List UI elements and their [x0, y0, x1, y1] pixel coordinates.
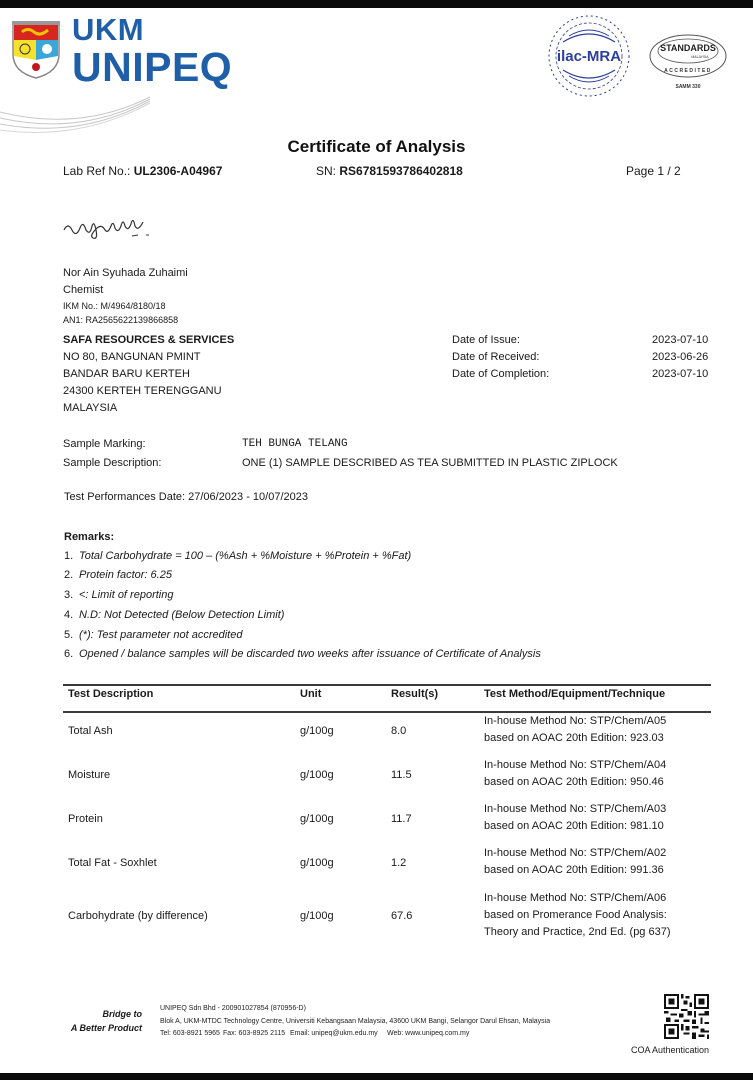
remark-item: 3.<: Limit of reporting — [64, 590, 173, 601]
lab-ref-number: Lab Ref No.: UL2306-A04967 — [63, 164, 222, 178]
cell-unit: g/100g — [300, 858, 334, 869]
cell-result: 11.5 — [391, 770, 412, 781]
serial-number: SN: RS6781593786402818 — [316, 164, 463, 178]
sample-description-value: ONE (1) SAMPLE DESCRIBED AS TEA SUBMITTE… — [242, 458, 618, 469]
cell-method: In-house Method No: STP/Chem/A04based on… — [484, 757, 666, 791]
cell-unit: g/100g — [300, 726, 334, 737]
svg-text:STANDARDS: STANDARDS — [660, 43, 716, 53]
remark-item: 1.Total Carbohydrate = 100 – (%Ash + %Mo… — [64, 551, 411, 562]
qr-code-icon[interactable] — [664, 994, 709, 1039]
date-received-label: Date of Received: — [452, 352, 539, 363]
coa-authentication-label: COA Authentication — [620, 1045, 720, 1055]
test-performance-dates: Test Performances Date: 27/06/2023 - 10/… — [64, 492, 308, 503]
client-address-line: MALAYSIA — [63, 403, 117, 414]
bottom-border-bar — [0, 1073, 753, 1080]
signature-icon — [62, 210, 162, 242]
table-top-rule — [63, 684, 711, 686]
date-completion-label: Date of Completion: — [452, 369, 549, 380]
remark-item: 2.Protein factor: 6.25 — [64, 570, 172, 581]
ilac-mra-logo-icon: ilac-MRA — [545, 12, 633, 100]
remark-item: 5.(*): Test parameter not accredited — [64, 630, 242, 641]
client-address-line: 24300 KERTEH TERENGGANU — [63, 386, 222, 397]
cell-unit: g/100g — [300, 911, 334, 922]
footer-tagline: Bridge toA Better Product — [62, 1007, 142, 1035]
cell-result: 8.0 — [391, 726, 406, 737]
footer-web: Web: www.unipeq.com.my — [387, 1030, 469, 1037]
footer-fax: Fax: 603-8925 2115 — [223, 1030, 285, 1037]
client-name: SAFA RESOURCES & SERVICES — [63, 335, 234, 346]
swoosh-decoration-icon — [0, 92, 160, 142]
cell-result: 11.7 — [391, 814, 412, 825]
header-test-method: Test Method/Equipment/Technique — [484, 689, 665, 700]
top-border-bar — [0, 0, 753, 8]
brand-ukm: UKM — [72, 14, 144, 45]
page-indicator: Page 1 / 2 — [626, 164, 681, 178]
footer-tel: Tel: 603-8921 5965 — [160, 1030, 220, 1037]
cell-test: Total Fat - Soxhlet — [68, 858, 157, 869]
svg-text:ACCREDITED: ACCREDITED — [664, 68, 712, 74]
client-address-line: NO 80, BANGUNAN PMINT — [63, 352, 201, 363]
header-results: Result(s) — [391, 689, 438, 700]
sample-description-label: Sample Description: — [63, 458, 161, 469]
footer-email: Email: unipeq@ukm.edu.my — [290, 1030, 378, 1037]
footer-company: UNIPEQ Sdn Bhd - 200901027854 (870956-D) — [160, 1005, 306, 1012]
standards-malaysia-logo-icon: STANDARDS MALAYSIA ACCREDITED — [648, 32, 728, 80]
remark-item: 4.N.D: Not Detected (Below Detection Lim… — [64, 610, 284, 621]
cell-test: Total Ash — [68, 726, 113, 737]
signatory-name: Nor Ain Syuhada Zuhaimi — [63, 268, 188, 279]
cell-test: Carbohydrate (by difference) — [68, 911, 208, 922]
footer-address: Blok A, UKM-MTDC Technology Centre, Univ… — [160, 1018, 550, 1025]
remarks-title: Remarks: — [64, 532, 114, 543]
cell-method: In-house Method No: STP/Chem/A06based on… — [484, 890, 671, 941]
cell-test: Moisture — [68, 770, 110, 781]
cell-result: 67.6 — [391, 911, 412, 922]
sample-marking-value: TEH BUNGA TELANG — [242, 439, 348, 450]
header-unit: Unit — [300, 689, 321, 700]
cell-method: In-house Method No: STP/Chem/A02based on… — [484, 845, 666, 879]
brand-unipeq: UNIPEQ — [72, 47, 232, 88]
accreditation-code: SAMM 330 — [648, 84, 728, 90]
client-address-line: BANDAR BARU KERTEH — [63, 369, 190, 380]
page-title: Certificate of Analysis — [0, 137, 753, 157]
signatory-ikm-no: IKM No.: M/4964/8180/18 — [63, 302, 166, 311]
date-issue-label: Date of Issue: — [452, 335, 520, 346]
date-completion-value: 2023-07-10 — [652, 369, 708, 380]
sample-marking-label: Sample Marking: — [63, 439, 146, 450]
signatory-an1: AN1: RA2565622139866858 — [63, 316, 178, 325]
remark-item: 6.Opened / balance samples will be disca… — [64, 649, 541, 660]
header-test-description: Test Description — [68, 689, 153, 700]
ukm-crest-icon — [10, 18, 62, 80]
svg-text:ilac-MRA: ilac-MRA — [557, 48, 621, 65]
cell-method: In-house Method No: STP/Chem/A03based on… — [484, 801, 666, 835]
signatory-role: Chemist — [63, 285, 103, 296]
date-issue-value: 2023-07-10 — [652, 335, 708, 346]
cell-unit: g/100g — [300, 814, 334, 825]
svg-text:MALAYSIA: MALAYSIA — [691, 55, 709, 59]
date-received-value: 2023-06-26 — [652, 352, 708, 363]
cell-unit: g/100g — [300, 770, 334, 781]
cell-result: 1.2 — [391, 858, 406, 869]
cell-method: In-house Method No: STP/Chem/A05based on… — [484, 713, 666, 747]
cell-test: Protein — [68, 814, 103, 825]
